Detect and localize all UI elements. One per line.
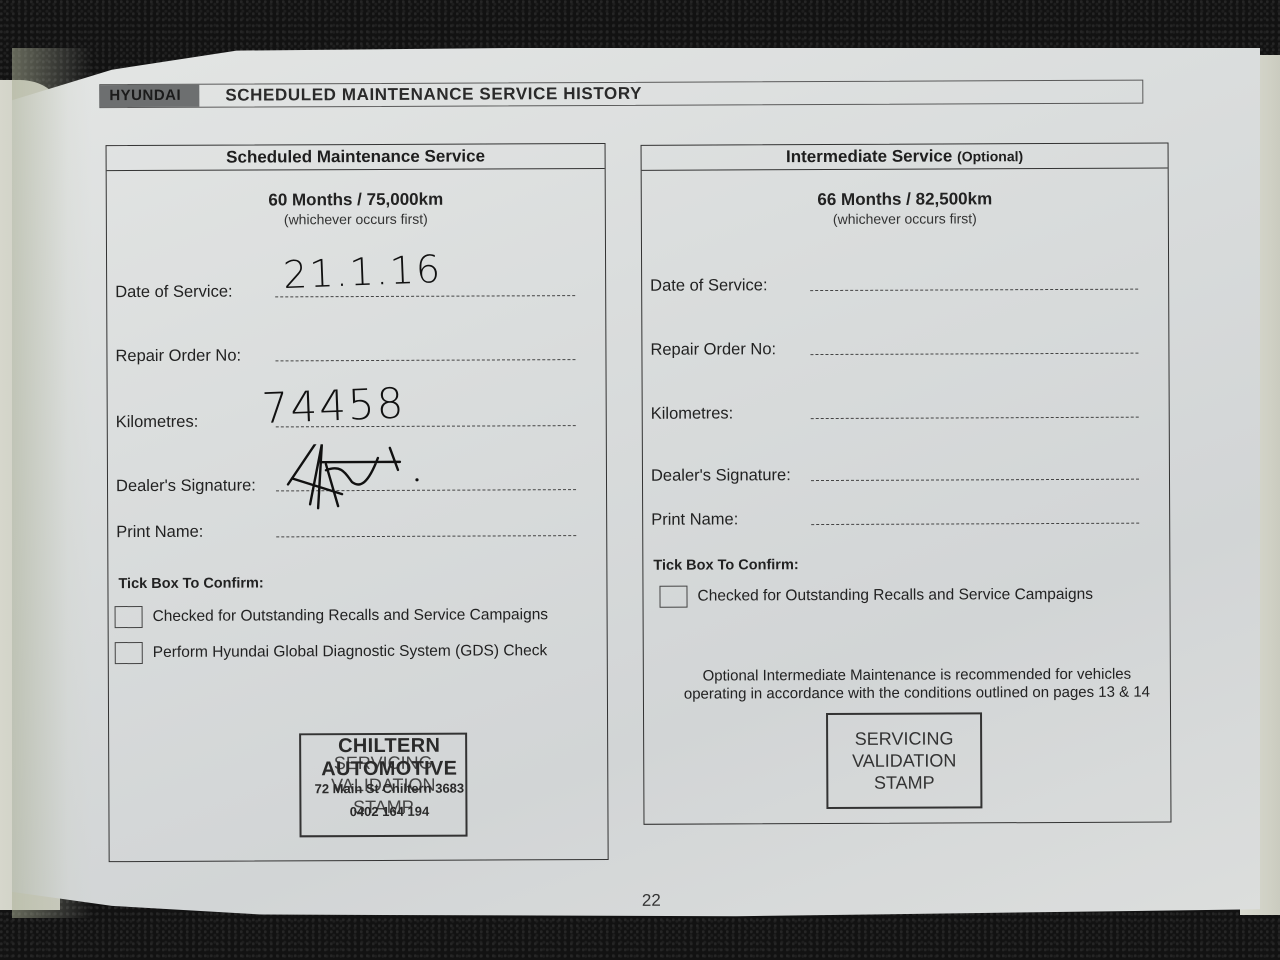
optional-label: (Optional) <box>957 148 1023 164</box>
checkbox-label: Perform Hyundai Global Diagnostic System… <box>153 642 548 662</box>
page-number: 22 <box>642 891 661 911</box>
handwritten-kilometres: 74458 <box>261 378 406 433</box>
field-label: Dealer's Signature: <box>116 476 276 498</box>
recalls-checkbox-row[interactable]: Checked for Outstanding Recalls and Serv… <box>659 584 1093 608</box>
interval-note: (whichever occurs first) <box>107 210 605 228</box>
field-label: Kilometres: <box>651 404 811 426</box>
scheduled-service-panel: Scheduled Maintenance Service 60 Months … <box>106 143 609 862</box>
panel-title: Scheduled Maintenance Service <box>107 144 605 171</box>
recalls-checkbox-row[interactable]: Checked for Outstanding Recalls and Serv… <box>115 604 549 628</box>
print-name-line <box>811 522 1139 525</box>
print-name-line <box>276 534 576 537</box>
field-label: Kilometres: <box>116 412 276 434</box>
intermediate-note-line2: operating in accordance with the conditi… <box>664 684 1170 703</box>
recalls-checkbox[interactable] <box>115 606 143 628</box>
date-of-service-field[interactable]: Date of Service: <box>650 256 1138 298</box>
intermediate-note-line1: Optional Intermediate Maintenance is rec… <box>664 666 1170 685</box>
gds-checkbox[interactable] <box>115 642 143 664</box>
date-line <box>810 288 1138 291</box>
repair-order-field[interactable]: Repair Order No: <box>650 320 1138 362</box>
page-title: SCHEDULED MAINTENANCE SERVICE HISTORY <box>225 84 642 106</box>
tick-box-heading: Tick Box To Confirm: <box>653 557 798 574</box>
field-label: Date of Service: <box>650 276 810 298</box>
validation-stamp-box: SERVICING VALIDATION STAMP <box>826 712 982 809</box>
intermediate-service-panel: Intermediate Service (Optional) 66 Month… <box>641 143 1172 825</box>
date-of-service-field[interactable]: Date of Service: 21.1.16 <box>115 262 575 304</box>
repair-order-field[interactable]: Repair Order No: <box>115 326 575 368</box>
service-interval: 66 Months / 82,500km <box>642 189 1168 211</box>
service-interval: 60 Months / 75,000km <box>107 189 605 211</box>
checkbox-label: Checked for Outstanding Recalls and Serv… <box>697 586 1093 606</box>
section-header: HYUNDAI SCHEDULED MAINTENANCE SERVICE HI… <box>99 80 1143 109</box>
print-name-field[interactable]: Print Name: <box>651 490 1139 532</box>
dealer-address: 72 Main St Chiltern 3683 <box>269 780 509 796</box>
kilometres-line <box>811 416 1139 419</box>
interval-note: (whichever occurs first) <box>642 210 1168 228</box>
field-label: Print Name: <box>116 522 276 544</box>
kilometres-field[interactable]: Kilometres: <box>651 384 1139 426</box>
date-line: 21.1.16 <box>275 294 575 297</box>
tick-box-heading: Tick Box To Confirm: <box>118 575 263 592</box>
panel-title: Intermediate Service (Optional) <box>642 144 1168 171</box>
signature-line <box>811 478 1139 481</box>
stamp-line: VALIDATION <box>828 749 980 772</box>
repair-order-line <box>275 358 575 361</box>
kilometres-field[interactable]: Kilometres: 74458 <box>116 392 576 434</box>
field-label: Repair Order No: <box>115 346 275 368</box>
field-label: Print Name: <box>651 510 811 532</box>
dealer-signature-field[interactable]: Dealer's Signature: <box>116 456 576 498</box>
gds-checkbox-row[interactable]: Perform Hyundai Global Diagnostic System… <box>115 640 548 664</box>
print-name-field[interactable]: Print Name: <box>116 502 576 544</box>
handwritten-date: 21.1.16 <box>282 247 443 297</box>
field-label: Dealer's Signature: <box>651 466 811 488</box>
signature-line <box>276 488 576 491</box>
stamp-line: SERVICING <box>828 727 980 750</box>
brand-label: HYUNDAI <box>99 85 199 107</box>
dealer-name: CHILTERN AUTOMOTIVE <box>269 734 509 781</box>
dealer-phone: 0402 164 194 <box>269 803 509 819</box>
checkbox-label: Checked for Outstanding Recalls and Serv… <box>153 606 549 626</box>
dealer-signature-field[interactable]: Dealer's Signature: <box>651 446 1139 488</box>
stamp-line: STAMP <box>828 771 980 794</box>
dealer-stamp: CHILTERN AUTOMOTIVE 72 Main St Chiltern … <box>269 734 509 819</box>
recalls-checkbox[interactable] <box>659 586 687 608</box>
panel-title-text: Intermediate Service <box>786 146 952 166</box>
field-label: Date of Service: <box>115 282 275 304</box>
field-label: Repair Order No: <box>650 340 810 362</box>
kilometres-line: 74458 <box>276 424 576 427</box>
repair-order-line <box>810 352 1138 355</box>
